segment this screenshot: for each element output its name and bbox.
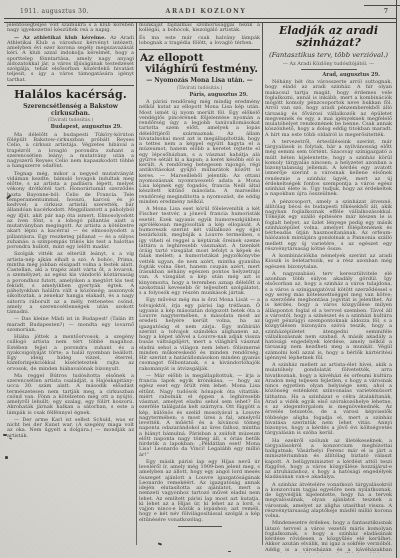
- wire-note: (Távirati tudósítás.): [139, 86, 260, 91]
- page-number: 7: [384, 8, 388, 15]
- column-divider: [262, 23, 263, 545]
- article-paragraph: A tervezetről, értesüléseink szerint, má…: [265, 140, 392, 198]
- issue-date: 1911. augusztus 30.: [20, 8, 89, 15]
- article-paragraph: A nagyszabású terv keresztülvitele elé a…: [265, 272, 392, 361]
- dateline: Arad, augusztus 29.: [265, 72, 392, 78]
- byline-rule: [301, 69, 357, 70]
- article-subtitle: (Fantasztikus terv, több verzióval.): [265, 51, 392, 59]
- article-paragraph: Tegnap még, mikor a negyed mutatványát v…: [7, 172, 134, 251]
- scanned-content: 1911. augusztus 30. ARADI KÖZLÖNY 7 jele…: [0, 0, 400, 558]
- end-rule: [178, 526, 222, 527]
- scan-artifact: [3, 434, 7, 436]
- page-header: 1911. augusztus 30. ARADI KÖZLÖNY 7: [20, 8, 392, 18]
- article-paragraph: — Das kleine Mädi ist in Budapest! (Talá…: [7, 317, 134, 333]
- column-right: Eladják az aradi szinházat? (Fantasztiku…: [265, 23, 392, 553]
- article-paragraph: — Der arme Karl ist selbst Schuld, was e…: [7, 418, 134, 439]
- header-double-rule: [4, 18, 396, 23]
- newspaper-page: 1911. augusztus 30. ARADI KÖZLÖNY 7 jele…: [0, 0, 400, 558]
- article-paragraph: A szinház átvételére vonatkozó tárgyalás…: [265, 483, 392, 520]
- byline: — Az Aradi Közlöny tudósítójától. —: [265, 61, 392, 67]
- dateline: Budapest, augusztus 29.: [7, 124, 134, 130]
- article-paragraph: Néhány hét óta városszerte arról suttogn…: [265, 80, 392, 138]
- newspaper-title: ARADI KÖZLÖNY: [166, 8, 247, 15]
- column-middle: munkáját fájdalmas szomorúsággal nézik a…: [139, 23, 260, 541]
- article-paragraph: Ha ezekről szólunk az illetékeseknek, a …: [265, 439, 392, 481]
- article-headline: Halálos kacérság.: [7, 89, 134, 101]
- scan-artifact: [364, 5, 400, 6]
- article-paragraph: A pénzcsoport, amely a szinházat átvenné…: [265, 200, 392, 253]
- article-paragraph: A Mona Lisa eset körül fölelevenítik a k…: [139, 207, 260, 296]
- wire-note: (Távirati tudósítás.): [7, 118, 134, 123]
- column-area: jelentőségteljes volt számukra s a klub …: [5, 23, 396, 553]
- article-subtitle: — Nyomozás Mona Lisa után. —: [139, 77, 260, 84]
- continued-paragraph: És ma este már csak halvány lámpák lobog…: [139, 36, 260, 47]
- article-paragraph: Ma délelőtt a budapesti Tüköry-körúton f…: [7, 133, 134, 170]
- article-headline: Eladják az aradi szinházat?: [265, 25, 392, 49]
- article-paragraph: Szolgák vitték az elterült leányt, s a v…: [7, 252, 134, 315]
- headline-line-2: világhírű festmény.: [139, 64, 260, 76]
- dateline: Páris, augusztus 29.: [139, 92, 260, 98]
- scan-artifact: [5, 456, 8, 459]
- article-subtitle: Szerencsétlenség a Bakstow cirkuszban.: [7, 103, 134, 117]
- continued-paragraph: munkáját fájdalmas szomorúsággal nézik a…: [139, 23, 260, 34]
- article-paragraph: Ma reggel Bútros tudósította elsőnek a s…: [7, 374, 134, 416]
- section-rule: [139, 49, 260, 50]
- article-paragraph: Egy másik párisi lap egy Híjas nevű úr l…: [139, 460, 260, 523]
- article-headline: Az ellopott világhírű festmény.: [139, 53, 260, 76]
- article-paragraph: Egy művész még ma is őrzi Mona Lisát — a…: [139, 298, 260, 372]
- article-paragraph: — Már előbb is megállapítottuk, — írja a…: [139, 374, 260, 458]
- article-paragraph: Hiába jöttek a mentőorvosok, a szegény c…: [7, 335, 134, 372]
- column-divider: [136, 23, 137, 545]
- article-paragraph: A párisi rendőrség még mindig eredmény n…: [139, 100, 260, 205]
- article-paragraph: Mindenesetre érdekes, hogy a fantasztiku…: [265, 521, 392, 553]
- article-paragraph: A kombinációkba némelyek szerint az arad…: [265, 254, 392, 270]
- page-edge-line: [396, 0, 398, 558]
- news-brief-text: Az Aradi Athletikai Klub a városhoz kérv…: [7, 35, 134, 83]
- article-paragraph: A szinház mellett az artista-élet hívei,…: [265, 363, 392, 437]
- column-left: jelentőségteljes volt számukra s a klub …: [5, 23, 134, 530]
- news-brief: — Az athletikai klub kérelme. Az Aradi A…: [7, 36, 134, 83]
- section-rule: [7, 85, 134, 86]
- continued-paragraph: jelentőségteljes volt számukra s a klub …: [7, 23, 134, 34]
